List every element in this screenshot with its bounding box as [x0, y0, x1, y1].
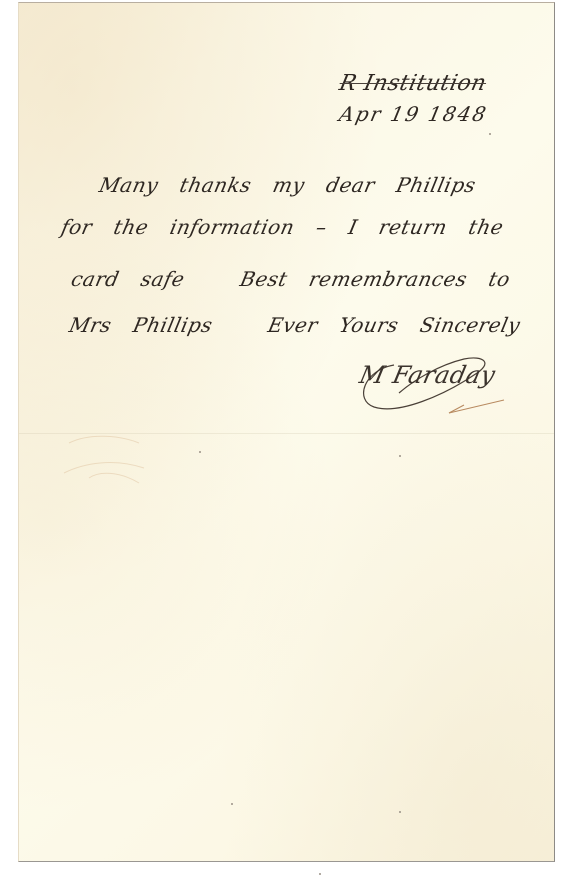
letter-body-line-1: ManythanksmydearPhillips — [97, 173, 478, 197]
paper-speck — [399, 811, 401, 813]
word: Yours — [337, 313, 401, 337]
reverse-showthrough-mark — [59, 423, 149, 503]
word: remembrances — [307, 267, 470, 291]
word: – — [314, 215, 330, 239]
word: for — [59, 215, 95, 239]
word: Phillips — [394, 173, 478, 197]
word: information — [168, 215, 297, 239]
letter-body-line-4: MrsPhillipsEverYoursSincerely — [67, 313, 523, 337]
word: Sincerely — [418, 313, 523, 337]
word: Mrs — [67, 313, 114, 337]
letter-body-line-2: fortheinformation–Ireturnthe — [59, 215, 506, 239]
paper-speck — [399, 455, 401, 457]
word: my — [271, 173, 307, 197]
paper-speck — [231, 803, 233, 805]
word: Phillips — [131, 313, 215, 337]
paper-speck — [319, 873, 321, 875]
letter-signature: M Faraday — [357, 361, 498, 389]
word: to — [486, 267, 512, 291]
word: dear — [324, 173, 377, 197]
letter-paper: R Institution Apr 19 1848 Manythanksmyde… — [18, 2, 555, 862]
paper-speck — [489, 133, 491, 135]
word: thanks — [178, 173, 254, 197]
letter-body-line-3: cardsafeBestremembrancesto — [69, 267, 513, 291]
word: I — [346, 215, 360, 239]
letter-heading-place: R Institution — [337, 71, 489, 96]
word: the — [466, 215, 505, 239]
paper-speck — [199, 451, 201, 453]
word: card — [69, 267, 122, 291]
word: Best — [238, 267, 290, 291]
word: safe — [139, 267, 188, 291]
word: the — [112, 215, 151, 239]
word: Many — [97, 173, 161, 197]
letter-date: Apr 19 1848 — [337, 102, 490, 126]
word: return — [377, 215, 450, 239]
word: Ever — [266, 313, 320, 337]
